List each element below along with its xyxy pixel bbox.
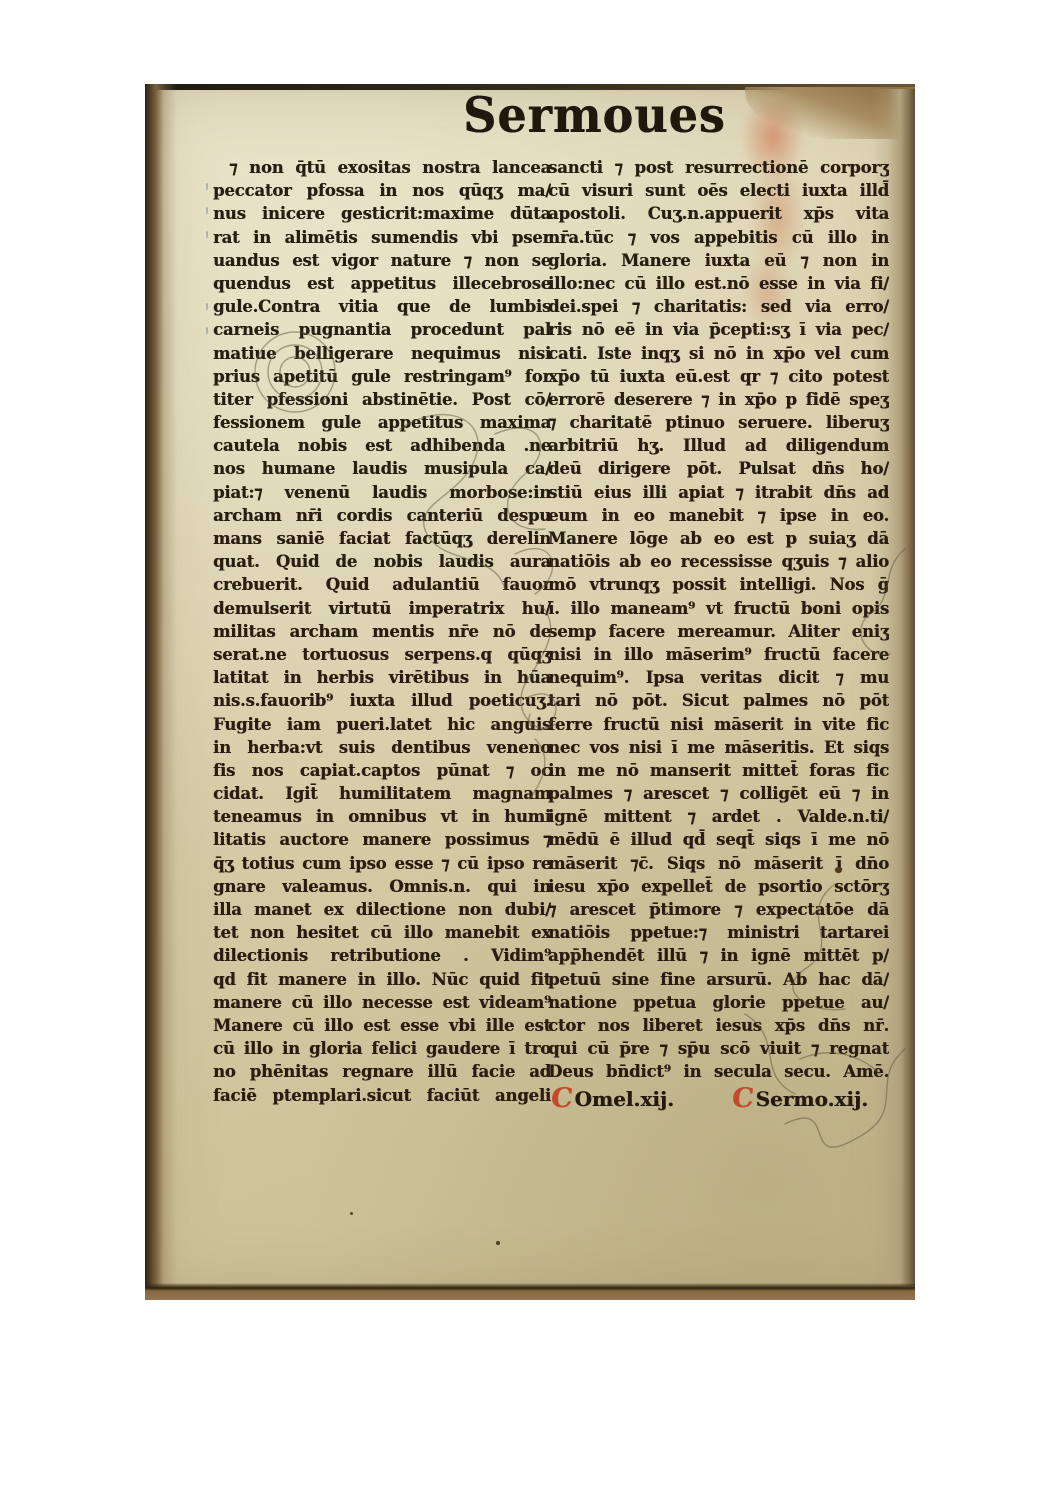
text-line: illa manet ex dilectione non dubi/ <box>213 898 551 921</box>
text-line: māserit ⁊c̄. Siqs nō māserit ī dn̄o <box>548 852 889 875</box>
ink-speck <box>350 1212 353 1215</box>
text-line: Manere cū illo est esse vbi ille est <box>213 1014 551 1037</box>
text-line: natiōis ppetue:⁊ ministri tartarei <box>548 921 889 944</box>
book-page-photo: Sermoues ⁊ non q̄tū exositas nostra lanc… <box>145 84 915 1300</box>
text-line: illo:nec cū illo est.nō esse in via fi/ <box>548 272 889 295</box>
text-line: crebuerit. Quid adulantiū fauor <box>213 573 551 596</box>
text-line: Deus bn̄dict⁹ in secula secu. Amē. <box>548 1060 889 1083</box>
text-line: dei.spei ⁊ charitatis: sed via erro/ <box>548 295 889 318</box>
text-line: ī. illo maneam⁹ vt fructū boni opis <box>548 597 889 620</box>
text-line: palmes ⁊ arescet ⁊ colligēt eū ⁊ in <box>548 782 889 805</box>
pilcrow-icon: C <box>730 1083 755 1114</box>
text-line: in me nō manserit mittet̄ foras fic <box>548 759 889 782</box>
text-line: semp facere mereamur. Aliter eniʒ <box>548 620 889 643</box>
text-line: natione ppetua glorie ppetue au/ <box>548 991 889 1014</box>
text-line: fessionem gule appetitus maxima <box>213 411 551 434</box>
text-line: matiue belligerare nequimus nisi <box>213 342 551 365</box>
text-line: ignē mittent ⁊ ardet . Valde.n.ti/ <box>548 805 889 828</box>
text-line: serat.ne tortuosus serpens.q qūqʒ <box>213 643 551 666</box>
pilcrow-icon: C <box>549 1083 574 1114</box>
text-line: ⁊ arescet p̄timore ⁊ expectatōe dā <box>548 898 889 921</box>
sermon-reference: Sermo.xij. <box>756 1087 869 1111</box>
text-line: cū illo in gloria felici gaudere ī tro <box>213 1037 551 1060</box>
text-line: stiū eius illi apiat ⁊ itrabit dn̄s ad <box>548 481 889 504</box>
page-title: Sermoues <box>463 86 723 143</box>
text-line: quendus est appetitus illecebrose <box>213 272 551 295</box>
text-line: qd fit manere in illo. Nūc quid fit <box>213 968 551 991</box>
text-line: ⁊ non q̄tū exositas nostra lancea <box>213 156 551 179</box>
text-line: nos humane laudis musipula ca/ <box>213 457 551 480</box>
text-line: qui cū p̄re ⁊ sp̄u scō viuit ⁊ regnat <box>548 1037 889 1060</box>
text-line: titer pfessioni abstinētie. Post cō/ <box>213 388 551 411</box>
text-line: teneamus in omnibus vt in humi <box>213 805 551 828</box>
text-line: demulserit virtutū imperatrix hu/ <box>213 597 551 620</box>
text-line: gnare valeamus. Omnis.n. qui in <box>213 875 551 898</box>
text-line: archam nr̄i cordis canteriū despu <box>213 504 551 527</box>
text-line: tari nō pōt. Sicut palmes nō pōt <box>548 689 889 712</box>
text-line: cū visuri sunt oēs electi iuxta illd̄ <box>548 179 889 202</box>
text-line: militas archam mentis nr̄e nō de <box>213 620 551 643</box>
text-line: fis nos capiat.captos pūnat ⁊ oc <box>213 759 551 782</box>
text-line: uandus est vigor nature ⁊ non se <box>213 249 551 272</box>
text-column-right: sancti ⁊ post resurrectionē corporʒcū vi… <box>548 156 889 1084</box>
text-line: Fugite iam pueri.latet hic anguis <box>213 713 551 736</box>
text-line: rat in alimētis sumendis vbi pser <box>213 226 551 249</box>
text-line: quat. Quid de nobis laudis aura <box>213 550 551 573</box>
text-line: piat:⁊ venenū laudis morbose:in <box>213 481 551 504</box>
text-line: cati. Iste inqʒ si nō in xp̄o vel cum <box>548 342 889 365</box>
text-line: ris nō eē in via p̄cepti:sʒ ī via pec/ <box>548 318 889 341</box>
text-line: mans saniē faciat factūqʒ derelin <box>213 527 551 550</box>
text-line: nr̄a.tūc ⁊ vos appebitis cū illo in <box>548 226 889 249</box>
text-line: in herba:vt suis dentibus veneno <box>213 736 551 759</box>
text-line: iesu xp̄o expellet̄ de psortio sctōrʒ <box>548 875 889 898</box>
text-line: arbitriū hʒ. Illud ad diligendum <box>548 434 889 457</box>
ink-speck <box>496 1241 500 1245</box>
text-line: deū dirigere pōt. Pulsat dn̄s ho/ <box>548 457 889 480</box>
text-line: app̄hendēt illū ⁊ in ignē mittēt p/ <box>548 944 889 967</box>
text-line: dilectionis retributione . Vidim⁹ <box>213 944 551 967</box>
text-line: apostoli. Cuʒ.n.appuerit xp̄s vita <box>548 202 889 225</box>
text-line: q̄ʒ totius cum ipso esse ⁊ cū ipso re <box>213 852 551 875</box>
text-line: ⁊ charitatē ptinuo seruere. liberuʒ <box>548 411 889 434</box>
text-line: mō vtrunqʒ possit intelligi. Nos ḡ <box>548 573 889 596</box>
homily-reference: Omel.xij. <box>575 1087 675 1111</box>
text-line: peccator pfossa in nos qūqʒ ma/ <box>213 179 551 202</box>
text-line: eum in eo manebit ⁊ ipse in eo. <box>548 504 889 527</box>
text-line: nequim⁹. Ipsa veritas dicit ⁊ mu <box>548 666 889 689</box>
text-line: prius apetitū gule restringam⁹ for <box>213 365 551 388</box>
text-line: tet non hesitet cū illo manebit ex <box>213 921 551 944</box>
text-line: nisi in illo māserim⁹ fructū facere <box>548 643 889 666</box>
text-line: mēdū ē illud qd̄ seqt̄ siqs ī me nō <box>548 828 889 851</box>
text-line: latitat in herbis virētibus in hūa <box>213 666 551 689</box>
text-line: xp̄o tū iuxta eū.est qr ⁊ cito potest <box>548 365 889 388</box>
text-line: gloria. Manere iuxta eū ⁊ non in <box>548 249 889 272</box>
text-line: natiōis ab eo recessisse qʒuis ⁊ alio <box>548 550 889 573</box>
text-line: faciē ptemplari.sicut faciūt angeli <box>213 1084 551 1107</box>
text-line: petuū sine fine arsurū. Ab hac dā/ <box>548 968 889 991</box>
text-line: ferre fructū nisi māserit in vite fic <box>548 713 889 736</box>
text-line: Manere lōge ab eo est p suiaʒ dā <box>548 527 889 550</box>
text-line: litatis auctore manere possimus ⁊ <box>213 828 551 851</box>
text-column-left: ⁊ non q̄tū exositas nostra lanceapeccato… <box>213 156 551 1107</box>
text-line: ctor nos liberet iesus xp̄s dn̄s nr̄. <box>548 1014 889 1037</box>
scan-background: Sermoues ⁊ non q̄tū exositas nostra lanc… <box>0 0 1060 1500</box>
board-bottom-edge <box>145 1283 915 1300</box>
text-line: no phēnitas regnare illū facie ad <box>213 1060 551 1083</box>
rubric-footer-line: COmel.xij.CSermo.xij. <box>551 1082 886 1112</box>
text-line: gule.Contra vitia que de lumbis <box>213 295 551 318</box>
text-line: errorē deserere ⁊ in xp̄o p fidē speʒ <box>548 388 889 411</box>
text-line: cautela nobis est adhibenda .ne <box>213 434 551 457</box>
text-line: nus inicere gesticrit:maxime dūta <box>213 202 551 225</box>
text-line: carneis pugnantia procedunt pal <box>213 318 551 341</box>
binding-gutter-edge <box>145 84 177 1288</box>
text-line: nec vos nisi ī me māseritis. Et siqs <box>548 736 889 759</box>
text-line: sancti ⁊ post resurrectionē corporʒ <box>548 156 889 179</box>
text-line: manere cū illo necesse est videam⁹ <box>213 991 551 1014</box>
text-line: cidat. Igit̄ humilitatem magnam <box>213 782 551 805</box>
text-line: nis.s.fauorib⁹ iuxta illud poeticuʒ. <box>213 689 551 712</box>
